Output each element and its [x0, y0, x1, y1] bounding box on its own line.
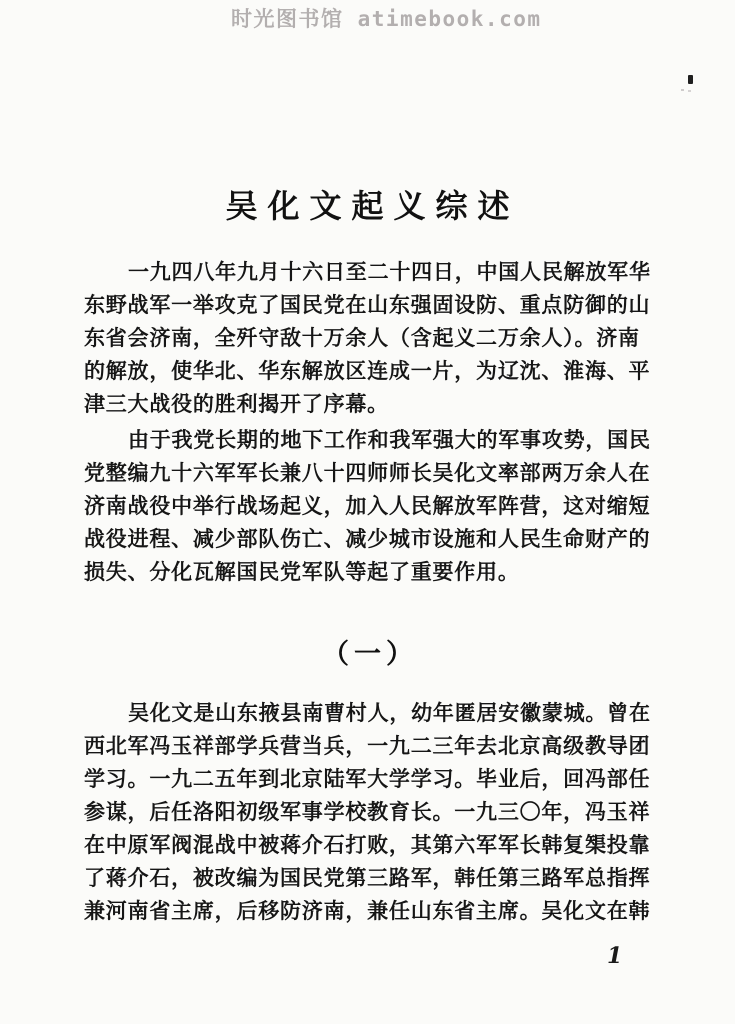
- text-line: 参谋，后任洛阳初级军事学校教育长。一九三〇年，冯玉祥: [84, 796, 651, 829]
- text-line: 损失、分化瓦解国民党军队等起了重要作用。: [84, 556, 651, 589]
- page-number: 1: [607, 943, 622, 969]
- scanned-book-page: 时光图书馆 atimebook.com 吴化文起义综述 一九四八年九月十六日至二…: [0, 0, 735, 1024]
- text-line: 学习。一九二五年到北京陆军大学学习。毕业后，回冯部任: [84, 763, 651, 796]
- text-line: 在中原军阀混战中被蒋介石打败，其第六军军长韩复榘投靠: [84, 829, 651, 862]
- section-heading: （一）: [0, 632, 735, 671]
- text-line: 津三大战役的胜利揭开了序幕。: [84, 388, 651, 421]
- page-title: 吴化文起义综述: [0, 181, 735, 227]
- scan-artifact-mark: [688, 75, 693, 84]
- text-line: 的解放，使华北、华东解放区连成一片，为辽沈、淮海、平: [84, 355, 651, 388]
- section-heading-text: （一）: [322, 639, 418, 669]
- text-line: 战役进程、减少部队伤亡、减少城市设施和人民生命财产的: [84, 523, 651, 556]
- library-watermark: 时光图书馆 atimebook.com: [231, 3, 542, 33]
- text-line: 了蒋介石，被改编为国民党第三路军，韩任第三路军总指挥: [84, 862, 651, 895]
- paragraph-1: 一九四八年九月十六日至二十四日，中国人民解放军华 东野战军一举攻克了国民党在山东…: [84, 256, 651, 421]
- text-line: 吴化文是山东掖县南曹村人，幼年匿居安徽蒙城。曾在: [84, 697, 651, 730]
- scan-artifact-speck: [681, 89, 684, 91]
- text-line: 西北军冯玉祥部学兵营当兵，一九二三年去北京高级教导团: [84, 730, 651, 763]
- paragraph-2: 由于我党长期的地下工作和我军强大的军事攻势，国民 党整编九十六军军长兼八十四师师…: [84, 424, 651, 589]
- text-line: 兼河南省主席，后移防济南，兼任山东省主席。吴化文在韩: [84, 895, 651, 928]
- paragraph-3: 吴化文是山东掖县南曹村人，幼年匿居安徽蒙城。曾在 西北军冯玉祥部学兵营当兵，一九…: [84, 697, 651, 928]
- page-title-text: 吴化文起义综述: [225, 188, 519, 224]
- text-line: 由于我党长期的地下工作和我军强大的军事攻势，国民: [84, 424, 651, 457]
- text-line: 济南战役中举行战场起义，加入人民解放军阵营，这对缩短: [84, 490, 651, 523]
- text-line: 一九四八年九月十六日至二十四日，中国人民解放军华: [84, 256, 651, 289]
- text-line: 党整编九十六军军长兼八十四师师长吴化文率部两万余人在: [84, 457, 651, 490]
- text-line: 东省会济南，全歼守敌十万余人（含起义二万余人）。济南: [84, 322, 651, 355]
- text-line: 东野战军一举攻克了国民党在山东强固设防、重点防御的山: [84, 289, 651, 322]
